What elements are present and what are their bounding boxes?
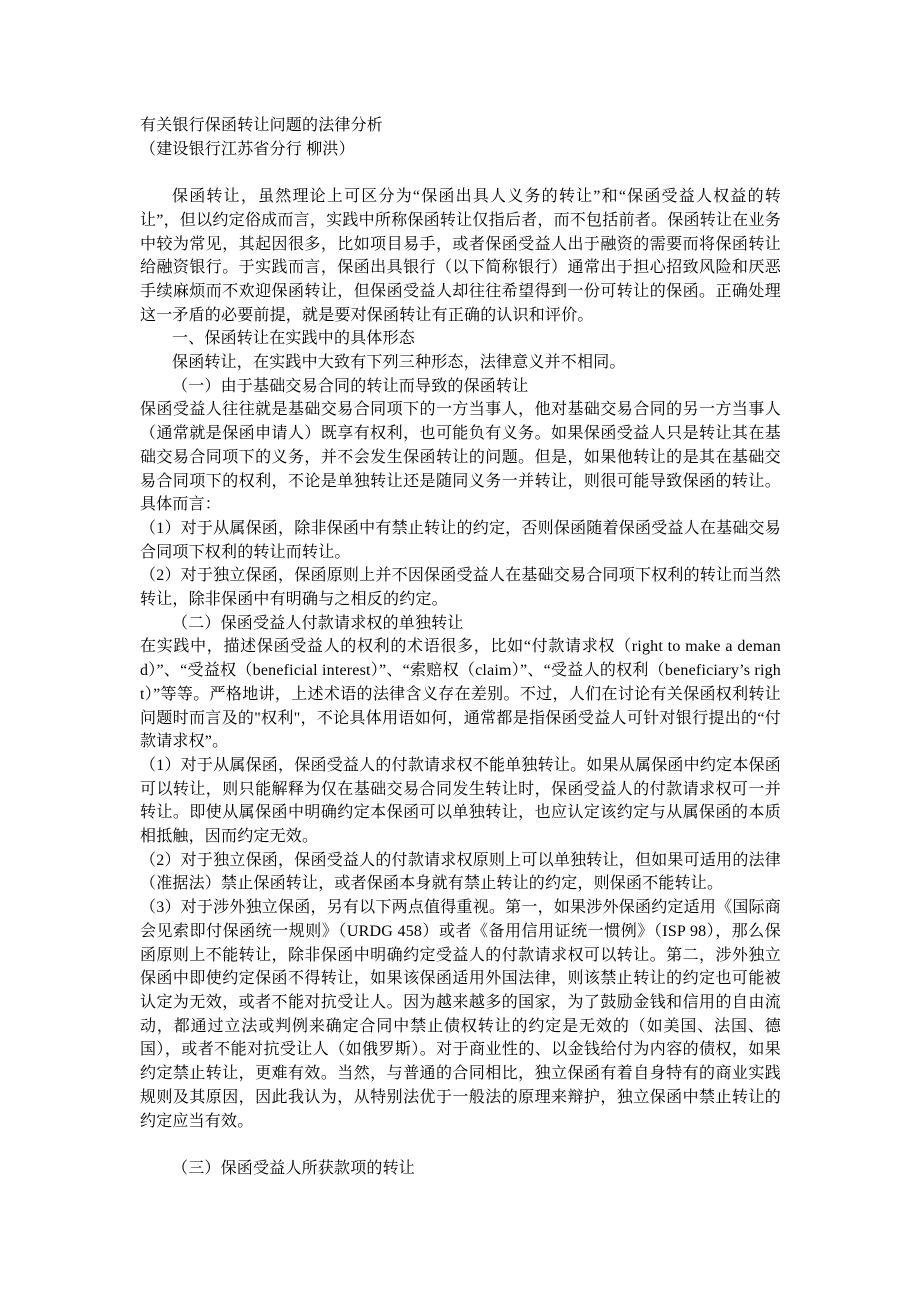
heading-subsection-1-3: （三）保函受益人所获款项的转让 [140,1157,781,1181]
paragraph-intro: 保函转让，虽然理论上可区分为“保函出具人义务的转让”和“保函受益人权益的转让”，… [140,185,781,327]
paragraph-item-1-payment-claim: （1）对于从属保函，保函受益人的付款请求权不能单独转让。如果从属保函中约定本保函… [140,754,781,849]
paragraph-item-1-accessory: （1）对于从属保函，除非保函中有禁止转让的约定，否则保函随着保函受益人在基础交易… [140,517,781,564]
paragraph-item-2-independent: （2）对于独立保函，保函原则上并不因保函受益人在基础交易合同项下权利的转让而当然… [140,564,781,611]
heading-subsection-1-2: （二）保函受益人付款请求权的单独转让 [140,612,781,636]
author-line: （建设银行江苏省分行 柳洪） [140,138,781,162]
paragraph-terms-of-rights: 在实践中，描述保函受益人的权利的术语很多，比如“付款请求权（right to m… [140,635,781,754]
paragraph-item-2-payment-claim: （2）对于独立保函，保函受益人的付款请求权原则上可以单独转让，但如果可适用的法律… [140,849,781,896]
document-body: 有关银行保函转让问题的法律分析 （建设银行江苏省分行 柳洪） 保函转让，虽然理论… [140,114,781,1181]
heading-section-1: 一、保函转让在实践中的具体形态 [140,327,781,351]
paragraph-item-3-foreign-guarantee: （3）对于涉外独立保函，另有以下两点值得重视。第一，如果涉外保函约定适用《国际商… [140,896,781,1133]
paragraph-three-forms: 保函转让，在实践中大致有下列三种形态，法律意义并不相同。 [140,351,781,375]
document-page: 有关银行保函转让问题的法律分析 （建设银行江苏省分行 柳洪） 保函转让，虽然理论… [0,0,920,1302]
paragraph-underlying-contract: 保函受益人往往就是基础交易合同项下的一方当事人，他对基础交易合同的另一方当事人（… [140,398,781,517]
heading-subsection-1-1: （一）由于基础交易合同的转让而导致的保函转让 [140,375,781,399]
doc-title: 有关银行保函转让问题的法律分析 [140,114,781,138]
